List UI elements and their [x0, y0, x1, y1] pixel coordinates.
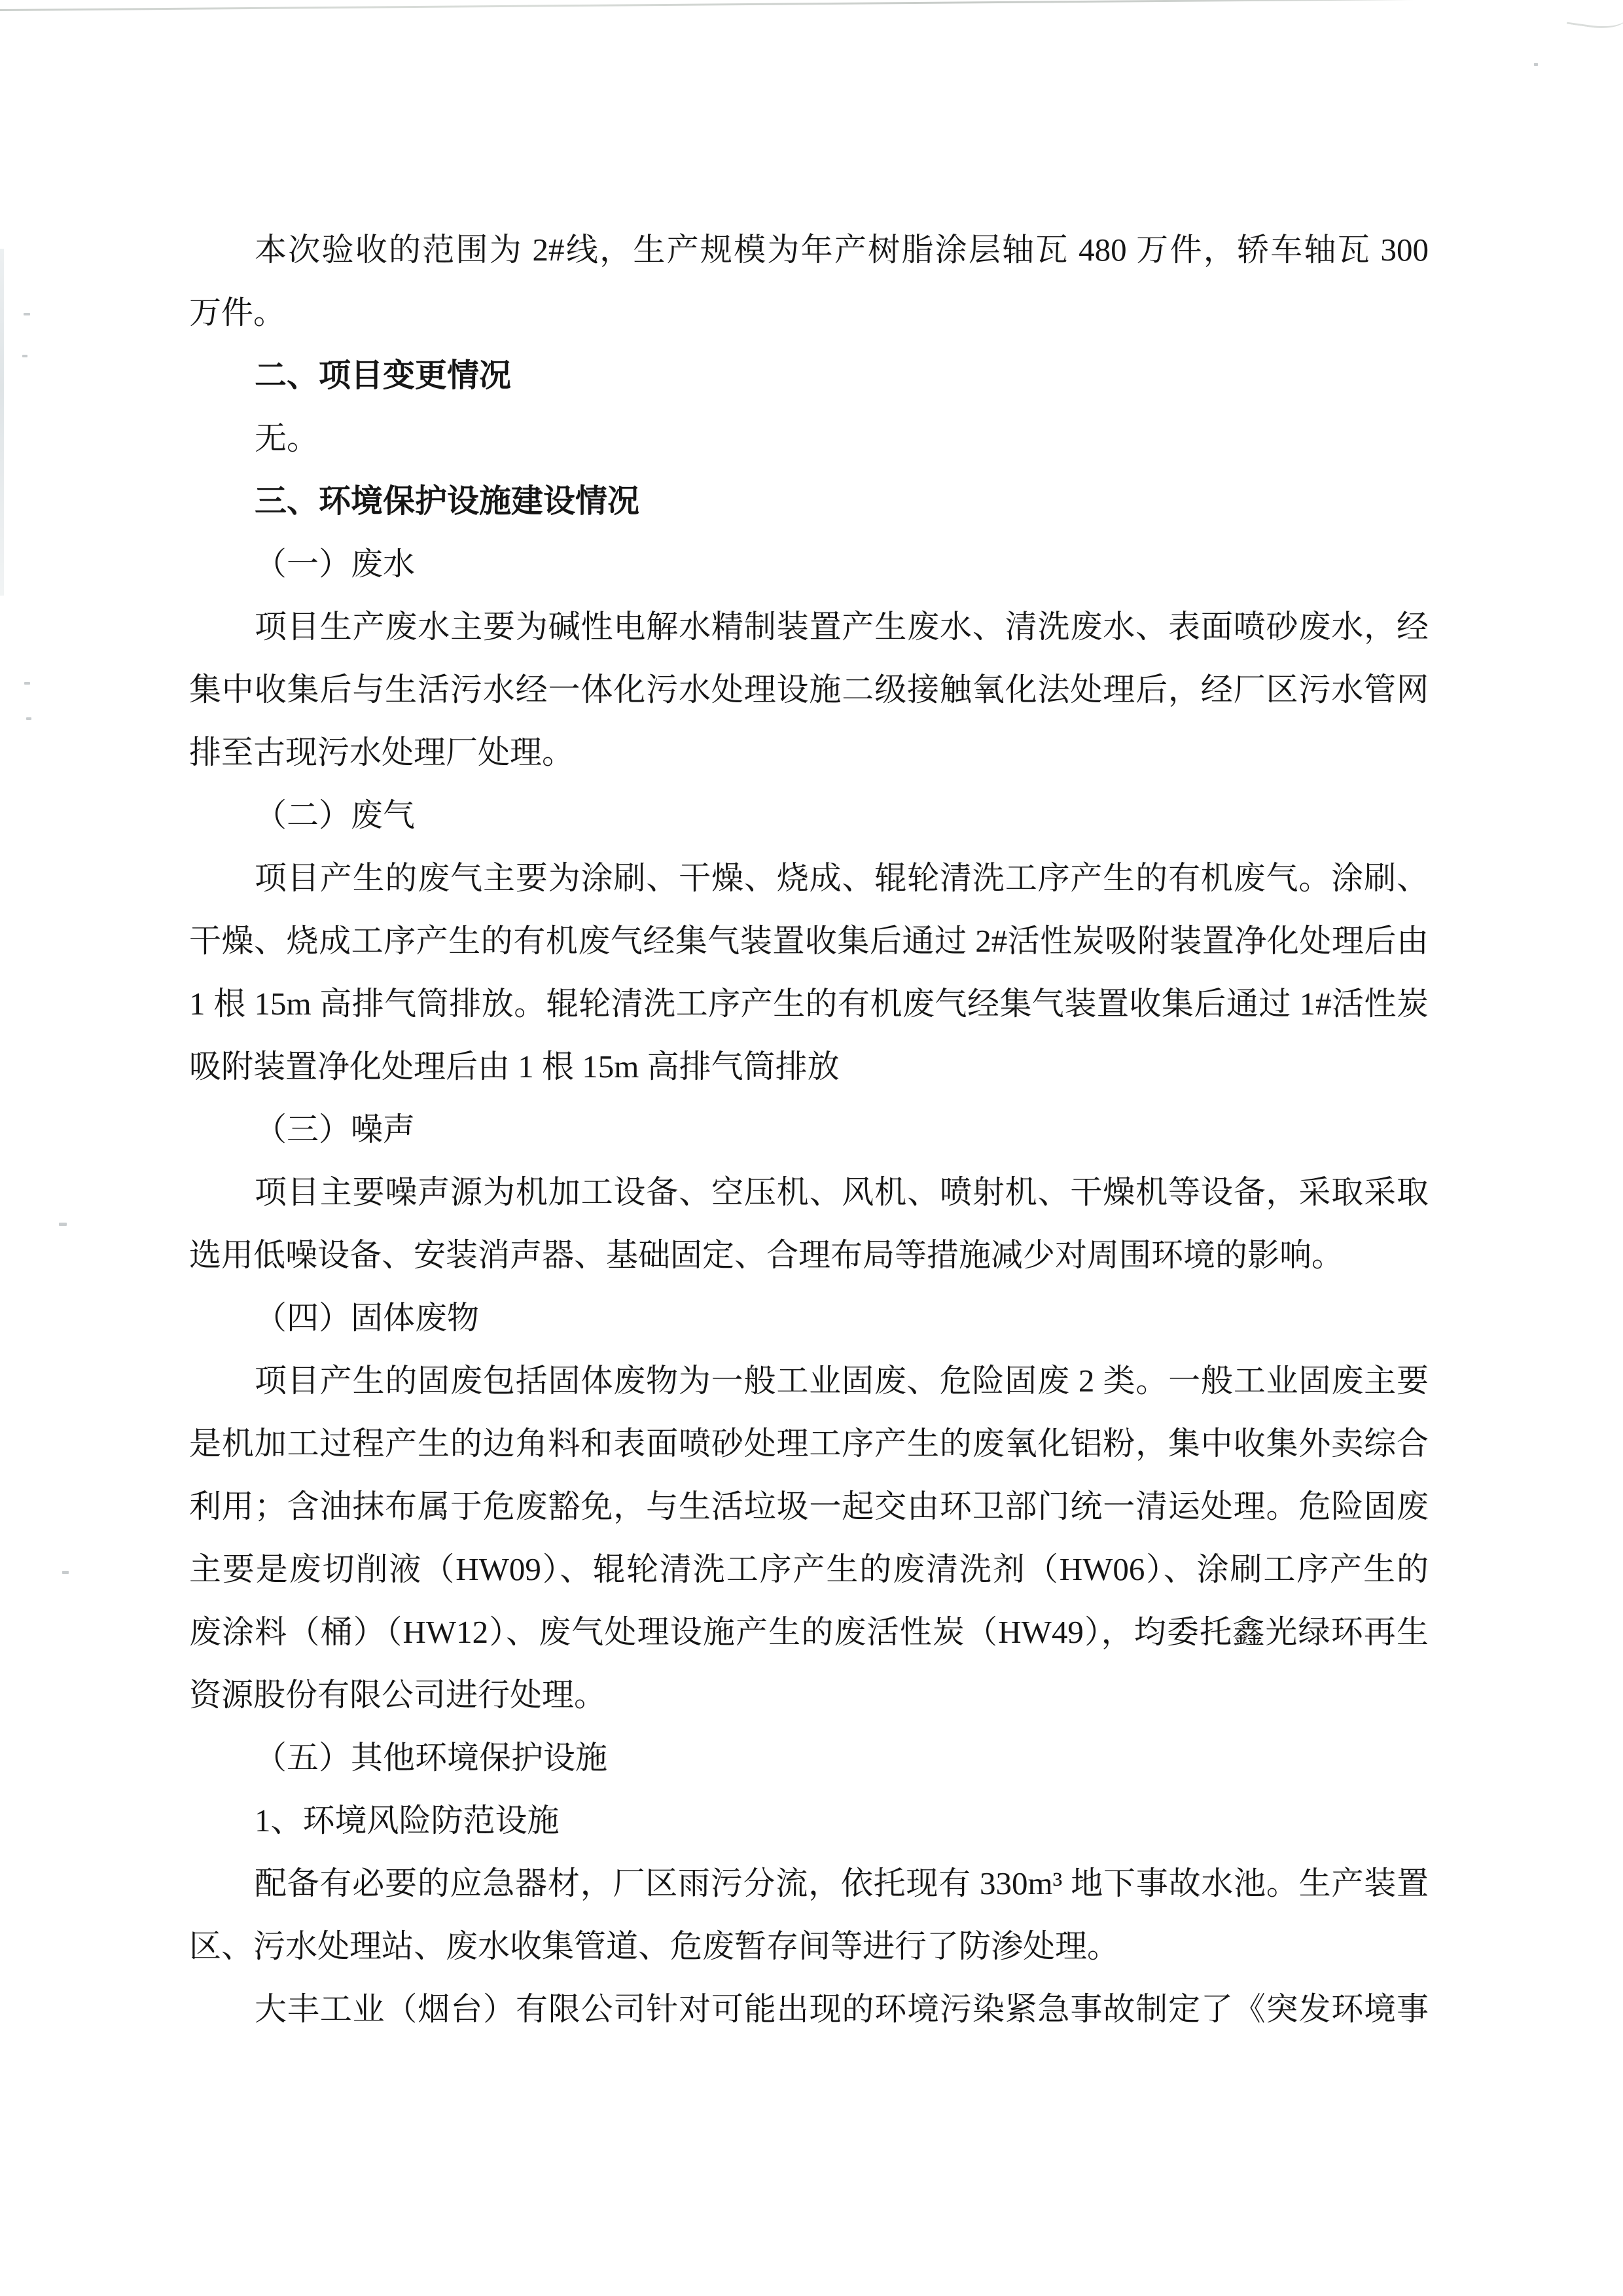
- text-line: 项目产生的固废包括固体废物为一般工业固废、危险固废 2 类。一般工业固废主要: [189, 1350, 1429, 1412]
- scan-artifact-speck: [24, 313, 30, 315]
- text-line: 1 根 15m 高排气筒排放。辊轮清洗工序产生的有机废气经集气装置收集后通过 1…: [189, 973, 1429, 1035]
- text-line: （一）废水: [189, 533, 1429, 596]
- text-line: 主要是废切削液（HW09）、辊轮清洗工序产生的废清洗剂（HW06）、涂刷工序产生…: [189, 1538, 1429, 1601]
- scan-artifact-top-line: [0, 0, 1623, 11]
- text-line: 项目生产废水主要为碱性电解水精制装置产生废水、清洗废水、表面喷砂废水，经: [189, 596, 1429, 658]
- scanned-document-page: { "page": { "kind": "scanned A4 document…: [0, 0, 1623, 2296]
- text-line: 集中收集后与生活污水经一体化污水处理设施二级接触氧化法处理后，经厂区污水管网: [189, 658, 1429, 721]
- text-line: （四）固体废物: [189, 1287, 1429, 1350]
- text-line: 大丰工业（烟台）有限公司针对可能出现的环境污染紧急事故制定了《突发环境事: [189, 1978, 1429, 2041]
- text-line: （三）噪声: [189, 1098, 1429, 1161]
- text-line: （五）其他环境保护设施: [189, 1727, 1429, 1789]
- scan-artifact-corner: [1567, 0, 1623, 32]
- text-line: 配备有必要的应急器材，厂区雨污分流，依托现有 330m³ 地下事故水池。生产装置: [189, 1852, 1429, 1915]
- text-line: 二、项目变更情况: [189, 344, 1429, 407]
- text-line: 排至古现污水处理厂处理。: [189, 721, 1429, 784]
- scan-artifact-speck: [26, 717, 31, 720]
- text-line: 区、污水处理站、废水收集管道、危废暂存间等进行了防渗处理。: [189, 1915, 1429, 1978]
- text-line: （二）废气: [189, 784, 1429, 847]
- text-line: 项目产生的废气主要为涂刷、干燥、烧成、辊轮清洗工序产生的有机废气。涂刷、: [189, 847, 1429, 910]
- text-line: 吸附装置净化处理后由 1 根 15m 高排气筒排放: [189, 1035, 1429, 1098]
- text-line: 利用；含油抹布属于危废豁免，与生活垃圾一起交由环卫部门统一清运处理。危险固废: [189, 1475, 1429, 1538]
- text-line: 是机加工过程产生的边角料和表面喷砂处理工序产生的废氧化铝粉，集中收集外卖综合: [189, 1412, 1429, 1475]
- scan-artifact-speck: [59, 1223, 67, 1226]
- text-line: 废涂料（桶）（HW12）、废气处理设施产生的废活性炭（HW49），均委托鑫光绿环…: [189, 1601, 1429, 1664]
- document-text-block: 本次验收的范围为 2#线，生产规模为年产树脂涂层轴瓦 480 万件，轿车轴瓦 3…: [189, 219, 1429, 2041]
- text-line: 三、环境保护设施建设情况: [189, 470, 1429, 533]
- text-line: 项目主要噪声源为机加工设备、空压机、风机、喷射机、干燥机等设备，采取采取: [189, 1161, 1429, 1224]
- text-line: 干燥、烧成工序产生的有机废气经集气装置收集后通过 2#活性炭吸附装置净化处理后由: [189, 910, 1429, 973]
- scan-artifact-speck: [22, 355, 27, 357]
- text-line: 无。: [189, 407, 1429, 470]
- text-line: 万件。: [189, 281, 1429, 344]
- scan-artifact-left-streak: [0, 249, 4, 596]
- text-line: 选用低噪设备、安装消声器、基础固定、合理布局等措施减少对周围环境的影响。: [189, 1224, 1429, 1287]
- scan-artifact-speck: [24, 682, 30, 685]
- text-line: 资源股份有限公司进行处理。: [189, 1664, 1429, 1727]
- scan-artifact-speck: [62, 1571, 69, 1574]
- text-line: 本次验收的范围为 2#线，生产规模为年产树脂涂层轴瓦 480 万件，轿车轴瓦 3…: [189, 219, 1429, 281]
- scan-artifact-speck: [1534, 63, 1538, 66]
- text-line: 1、环境风险防范设施: [189, 1789, 1429, 1852]
